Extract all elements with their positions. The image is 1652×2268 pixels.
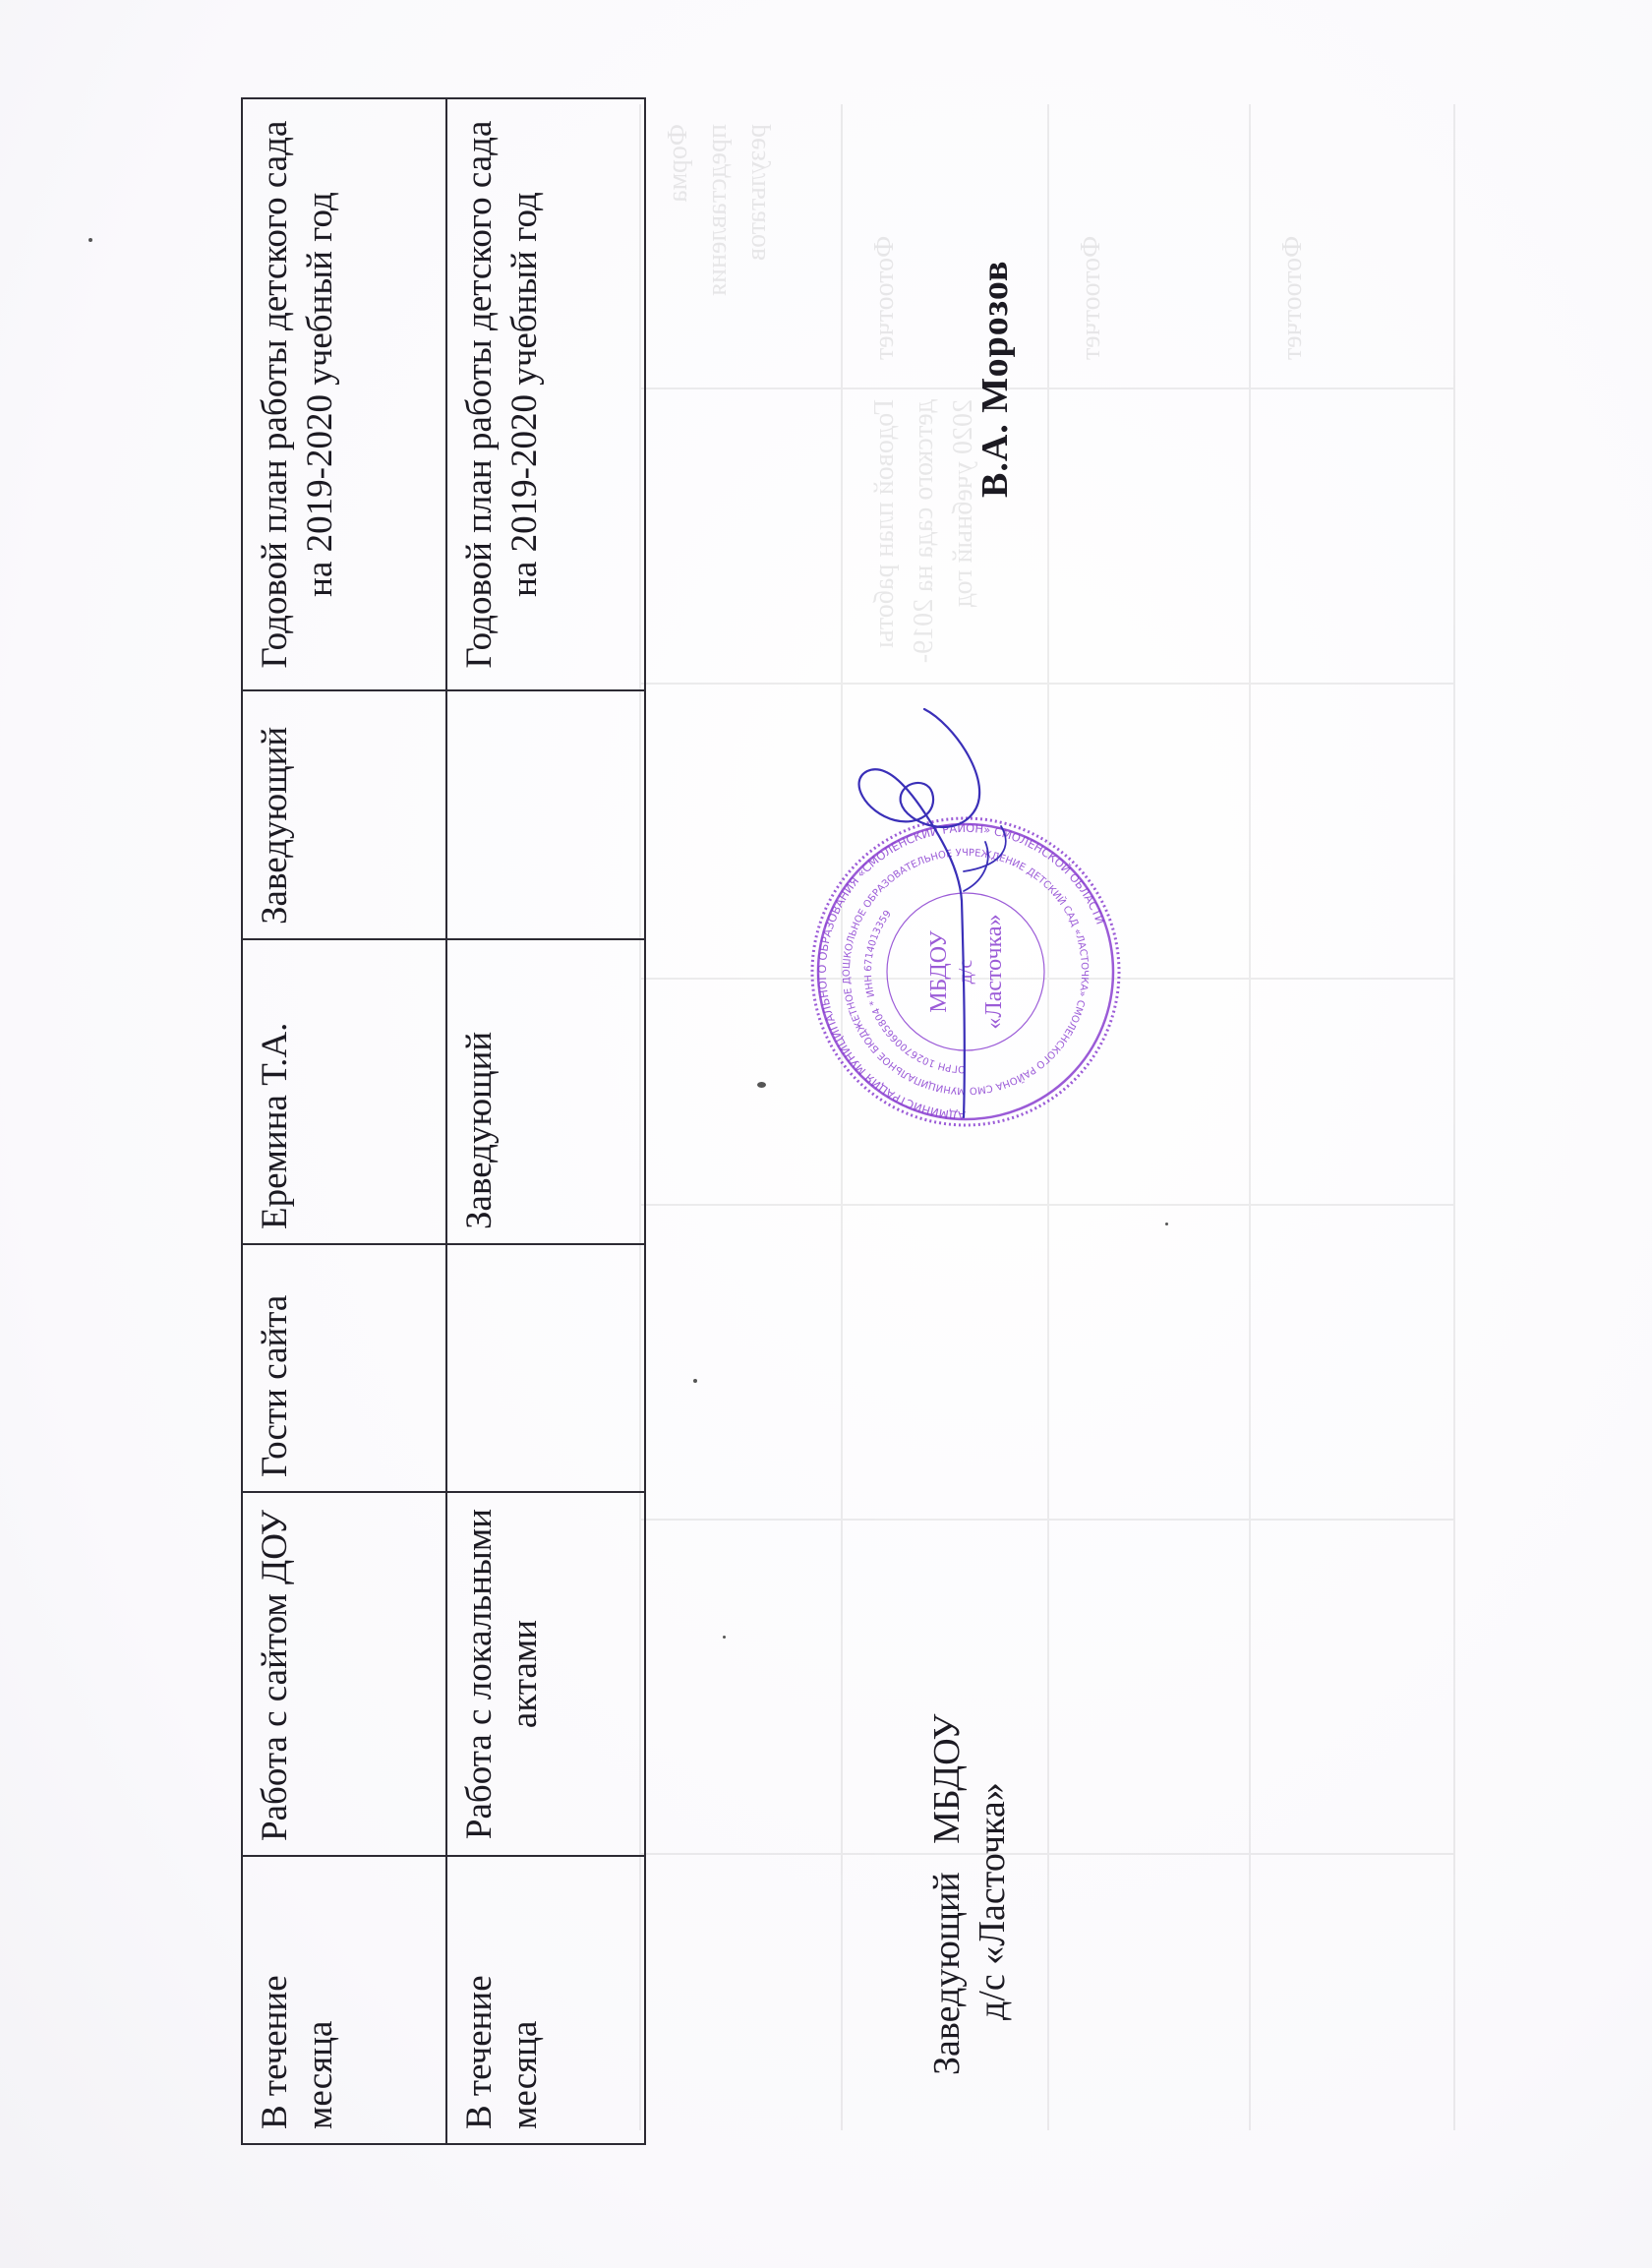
scan-speck (757, 1082, 766, 1088)
ghost-text: Фотоотчет (1072, 236, 1111, 360)
cell-responsible: Еремина Т.А. (242, 939, 446, 1244)
cell-participants (446, 1244, 645, 1492)
table-row: В течение месяца Работа с сайтом ДОУ Гос… (242, 98, 446, 2144)
cell-controller: Заведующий (242, 690, 446, 939)
scan-speck (723, 1636, 726, 1639)
cell-period: В течение месяца (242, 1856, 446, 2144)
signatory-position: Заведующий МБДОУ д/с «Ласточка» (924, 1714, 1015, 2075)
ghost-text: Фотоотчет (865, 236, 905, 360)
table-row: В течение месяца Работа с локальными акт… (446, 98, 645, 2144)
cell-controller (446, 690, 645, 939)
position-line: Заведующий МБДОУ (924, 1714, 970, 2075)
scan-speck (88, 238, 92, 242)
cell-basis: Годовой план работы детского сада на 201… (242, 98, 446, 690)
cell-responsible: Заведующий (446, 939, 645, 1244)
cell-participants: Гости сайта (242, 1244, 446, 1492)
cell-activity: Работа с сайтом ДОУ (242, 1492, 446, 1856)
organization-line: д/с «Ласточка» (970, 1714, 1015, 2075)
ghost-text: Годовой план работы детского сада на 201… (865, 399, 983, 665)
scan-speck (1165, 1223, 1168, 1225)
handwritten-signature-icon (816, 704, 1072, 1137)
cell-period: В течение месяца (446, 1856, 645, 2144)
signatory-name: В.А. Морозов (973, 261, 1017, 498)
scanned-page: Форма представления результатов Фотоотче… (0, 0, 1652, 2268)
rotated-page-content: Форма представления результатов Фотоотче… (0, 0, 1652, 2268)
activity-plan-table: В течение месяца Работа с сайтом ДОУ Гос… (241, 97, 646, 2145)
cell-activity: Работа с локальными актами (446, 1492, 645, 1856)
cell-basis: Годовой план работы детского сада на 201… (446, 98, 645, 690)
scan-speck (693, 1379, 697, 1383)
ghost-text: Форма представления результатов (659, 124, 777, 360)
ghost-text: Фотоотчет (1273, 236, 1313, 360)
